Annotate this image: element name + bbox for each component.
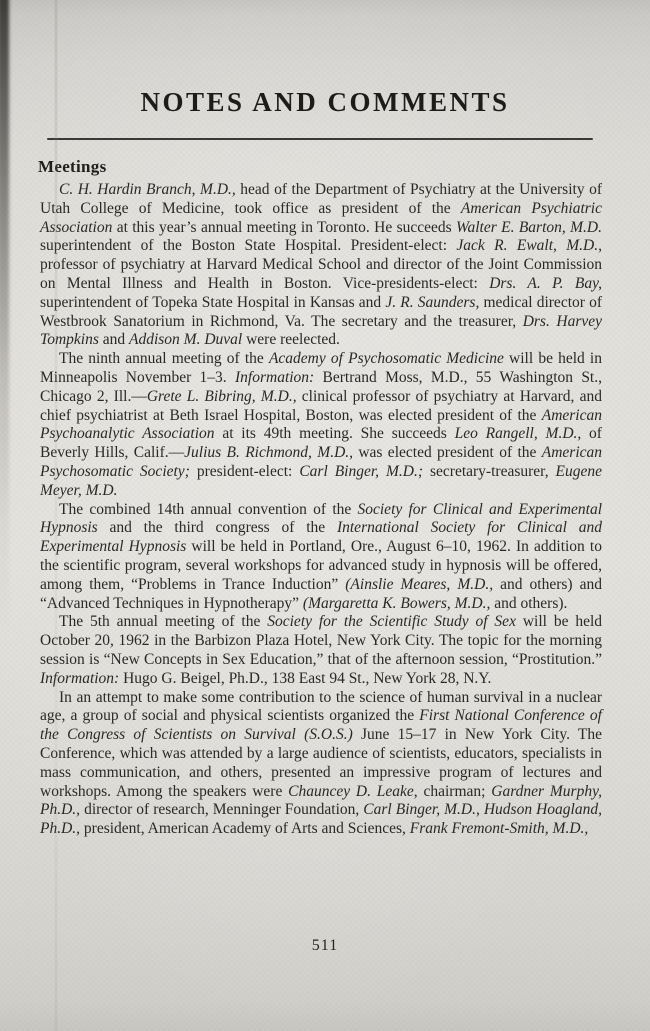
scan-edge-shadow — [0, 0, 9, 636]
plain-text: The combined 14th annual convention of t… — [59, 501, 358, 518]
italic-text: Jack R. Ewalt, M.D., — [456, 237, 602, 254]
plain-text: superintendent of Topeka State Hospital … — [40, 294, 385, 311]
plain-text: president, American Academy of Arts and … — [80, 820, 410, 837]
section-heading-meetings: Meetings — [38, 157, 650, 177]
paragraph: C. H. Hardin Branch, M.D., head of the D… — [40, 181, 602, 350]
italic-text: (Margaretta K. Bowers, M.D., — [303, 595, 490, 612]
italic-text: Julius B. Richmond, M.D., — [184, 444, 353, 461]
scanned-journal-page: NOTES AND COMMENTS Meetings C. H. Hardin… — [0, 0, 650, 1031]
plain-text: The 5th annual meeting of the — [59, 613, 267, 630]
plain-text: Hugo G. Beigel, Ph.D., 138 East 94 St., … — [119, 670, 491, 687]
paper-crease-line — [55, 0, 57, 1031]
title-divider-rule — [47, 138, 593, 140]
italic-text: J. R. Saunders, — [385, 294, 479, 311]
page-title: NOTES AND COMMENTS — [0, 0, 650, 118]
page-number: 511 — [0, 937, 650, 955]
italic-text: Leo Rangell, M.D., — [455, 425, 582, 442]
plain-text: and the third congress of the — [98, 519, 337, 536]
plain-text: superintendent of the Boston State Hospi… — [40, 237, 456, 254]
plain-text: secretary-treasurer, — [423, 463, 555, 480]
plain-text: and others). — [490, 595, 567, 612]
plain-text: at this year’s annual meeting in Toronto… — [112, 219, 456, 236]
plain-text: chairman; — [418, 783, 492, 800]
italic-text: (Ainslie Meares, M.D., — [345, 576, 493, 593]
paragraph: The ninth annual meeting of the Academy … — [40, 350, 602, 500]
italic-text: Information: — [40, 670, 119, 687]
italic-text: Carl Binger, M.D.; — [299, 463, 423, 480]
plain-text: and — [99, 331, 129, 348]
plain-text: was elected president of the — [353, 444, 542, 461]
italic-text: Chauncey D. Leake, — [288, 783, 418, 800]
italic-text: Academy of Psychosomatic Medicine — [269, 350, 504, 367]
plain-text: were reelected. — [242, 331, 340, 348]
paragraph: The 5th annual meeting of the Society fo… — [40, 613, 602, 688]
paragraph: The combined 14th annual convention of t… — [40, 501, 602, 614]
italic-text: Grete L. Bibring, M.D., — [147, 388, 297, 405]
plain-text: president-elect: — [190, 463, 299, 480]
italic-text: C. H. Hardin Branch, M.D., — [59, 181, 236, 198]
italic-text: Frank Fremont-Smith, M.D., — [410, 820, 589, 837]
italic-text: Walter E. Barton, M.D. — [456, 219, 602, 236]
plain-text: director of research, Menninger Foundati… — [80, 801, 363, 818]
plain-text: The ninth annual meeting of the — [59, 350, 269, 367]
italic-text: Information: — [235, 369, 314, 386]
plain-text: at its 49th meeting. She succeeds — [215, 425, 455, 442]
italic-text: Addison M. Duval — [129, 331, 242, 348]
article-body: C. H. Hardin Branch, M.D., head of the D… — [40, 181, 602, 839]
italic-text: Society for the Scientific Study of Sex — [267, 613, 516, 630]
paragraph: In an attempt to make some contribution … — [40, 689, 602, 839]
italic-text: Drs. A. P. Bay, — [489, 275, 602, 292]
